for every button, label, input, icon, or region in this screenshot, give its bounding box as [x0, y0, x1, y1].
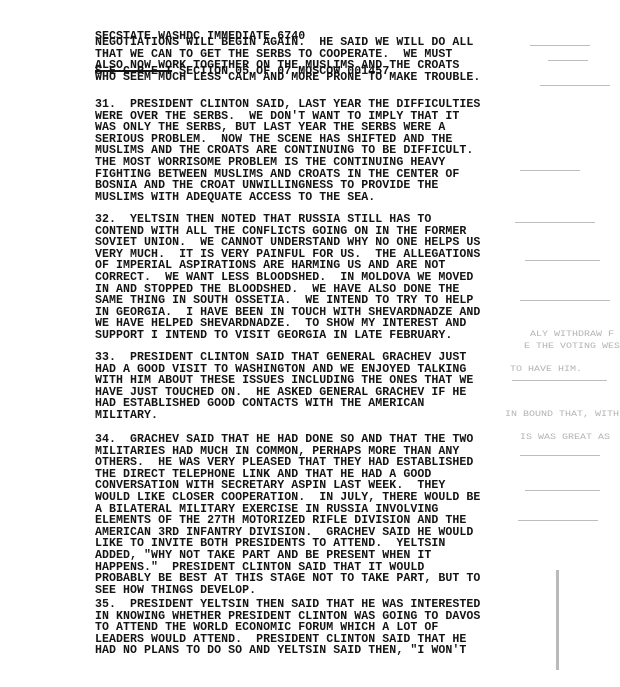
text-line: HAD NO PLANS TO DO SO AND YELTSIN SAID T… — [95, 645, 535, 657]
scan-speckle — [520, 170, 580, 171]
paragraph-intro: NEGOTIATIONS WILL BEGIN AGAIN. HE SAID W… — [95, 37, 535, 83]
text-line: HAD ESTABLISHED GOOD CONTACTS WITH THE A… — [95, 398, 535, 410]
bleed-through-text: E THE VOTING WEST — [524, 342, 620, 351]
bleed-through-text: IN BOUND THAT, WITH — [505, 410, 619, 419]
text-line: PROBABLY BE BEST AT THIS STAGE NOT TO TA… — [95, 573, 535, 585]
text-line: SAME THING IN SOUTH OSSETIA. WE INTEND T… — [95, 295, 535, 307]
paragraph-31: 31. PRESIDENT CLINTON SAID, LAST YEAR TH… — [95, 99, 535, 203]
scan-speckle — [520, 455, 600, 456]
text-line: ADDED, "WHY NOT TAKE PART AND BE PRESENT… — [95, 550, 535, 562]
text-line: ELEMENTS OF THE 27TH MOTORIZED RIFLE DIV… — [95, 515, 535, 527]
scan-speckle — [525, 260, 600, 261]
text-line: 34. GRACHEV SAID THAT HE HAD DONE SO AND… — [95, 434, 535, 446]
text-line: THE MOST WORRISOME PROBLEM IS THE CONTIN… — [95, 157, 535, 169]
text-line: NEGOTIATIONS WILL BEGIN AGAIN. HE SAID W… — [95, 37, 535, 49]
scan-speckle — [540, 85, 610, 86]
scan-speckle — [515, 222, 595, 223]
text-line: 33. PRESIDENT CLINTON SAID THAT GENERAL … — [95, 352, 535, 364]
text-line: CORRECT. WE WANT LESS BLOODSHED. IN MOLD… — [95, 272, 535, 284]
scan-speckle — [518, 520, 598, 521]
bleed-through-text: TO HAVE HIM. — [510, 365, 582, 374]
text-line: 32. YELTSIN THEN NOTED THAT RUSSIA STILL… — [95, 214, 535, 226]
text-line: MUSLIMS WITH ADEQUATE ACCESS TO THE SEA. — [95, 192, 535, 204]
paragraph-32: 32. YELTSIN THEN NOTED THAT RUSSIA STILL… — [95, 214, 535, 342]
scan-speckle — [548, 60, 588, 61]
scan-speckle — [530, 45, 590, 46]
scan-speckle — [520, 300, 610, 301]
scan-speckle — [556, 570, 559, 670]
text-line: WHO SEEM MUCH LESS CALM AND MORE PRONE T… — [95, 72, 535, 84]
scan-speckle — [512, 380, 607, 381]
scan-speckle — [525, 490, 600, 491]
text-line: 31. PRESIDENT CLINTON SAID, LAST YEAR TH… — [95, 99, 535, 111]
paragraph-34: 34. GRACHEV SAID THAT HE HAD DONE SO AND… — [95, 434, 535, 596]
text-line: BOSNIA AND THE CROAT UNWILLINGNESS TO PR… — [95, 180, 535, 192]
text-line: SUPPORT I INTEND TO VISIT GEORGIA IN LAT… — [95, 330, 535, 342]
document-page: SECSTATE WASHDC IMMEDIATE 6740 S E C R E… — [0, 0, 620, 687]
text-line: SEE HOW THINGS DEVELOP. — [95, 585, 535, 597]
text-line: 35. PRESIDENT YELTSIN THEN SAID THAT HE … — [95, 599, 535, 611]
text-line: MILITARY. — [95, 410, 535, 422]
bleed-through-text: ALY WITHDRAW F — [530, 330, 614, 339]
paragraph-33: 33. PRESIDENT CLINTON SAID THAT GENERAL … — [95, 352, 535, 422]
paragraph-35: 35. PRESIDENT YELTSIN THEN SAID THAT HE … — [95, 599, 535, 657]
bleed-through-text: IS WAS GREAT AS — [520, 433, 610, 442]
text-line: WOULD LIKE CLOSER COOPERATION. IN JULY, … — [95, 492, 535, 504]
